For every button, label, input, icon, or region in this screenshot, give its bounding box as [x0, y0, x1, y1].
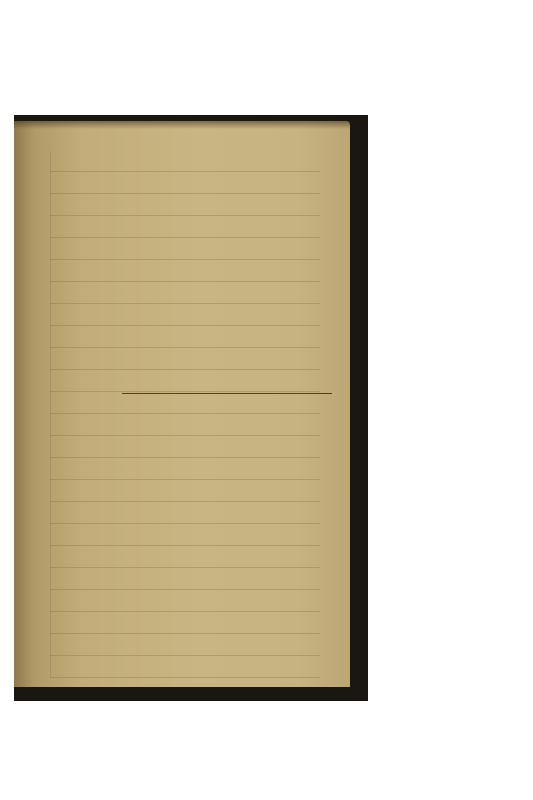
page-top-shadow — [14, 121, 350, 129]
entry1-line — [50, 157, 322, 177]
ledger-page — [14, 121, 350, 687]
rule-line — [50, 501, 320, 502]
rule-line — [50, 479, 320, 480]
entry1-line — [50, 177, 322, 197]
rule-line — [50, 567, 320, 568]
rule-line — [50, 677, 320, 678]
entry1-line — [50, 199, 322, 219]
signature-underline — [122, 393, 332, 394]
ledger-photo — [14, 115, 368, 701]
rule-line — [50, 633, 320, 634]
entry1-line — [50, 243, 322, 263]
rule-line — [50, 523, 320, 524]
entry1-line — [50, 287, 322, 307]
rule-line — [50, 611, 320, 612]
rule-line — [50, 655, 320, 656]
rule-line — [50, 413, 320, 414]
entry1-line — [50, 329, 150, 349]
rule-line — [50, 457, 320, 458]
rule-line — [50, 589, 320, 590]
rule-line — [50, 435, 320, 436]
entry1-line — [50, 221, 322, 241]
conforme-text — [160, 327, 322, 347]
signature — [94, 347, 294, 397]
entry1-line — [50, 309, 322, 329]
rule-line — [50, 545, 320, 546]
entry1-line — [50, 265, 322, 285]
